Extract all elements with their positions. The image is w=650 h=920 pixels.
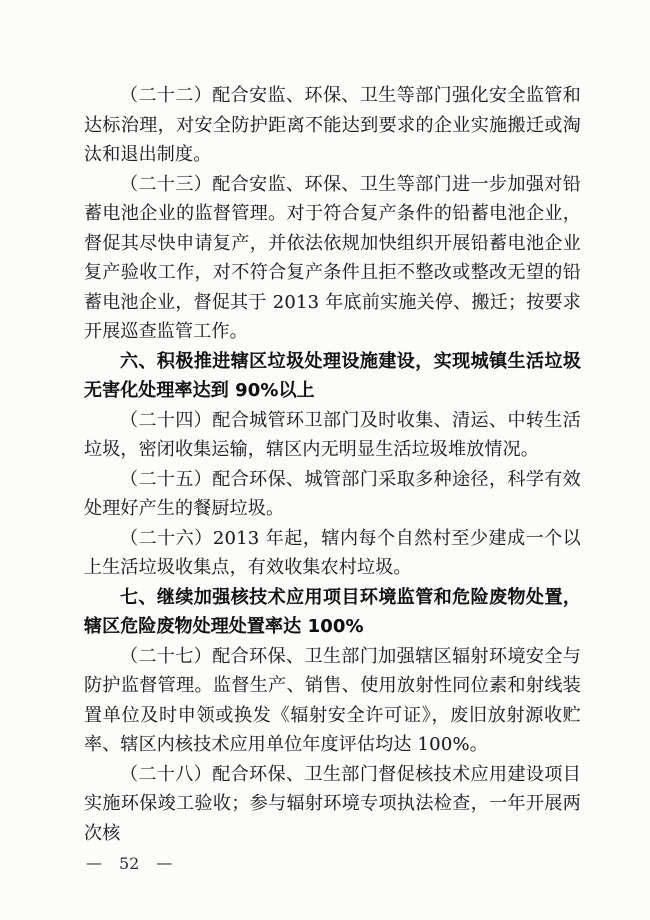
footer-left-dash: — xyxy=(86,853,102,872)
body-paragraph: （二十三）配合安监、环保、卫生等部门进一步加强对铅蓄电池企业的监督管理。对于符合… xyxy=(84,170,581,347)
page-number: 52 xyxy=(119,854,139,873)
section-heading: 七、继续加强核技术应用项目环境监管和危险废物处置，辖区危险废物处理处置率达 10… xyxy=(84,583,581,642)
scanned-document-page: （二十二）配合安监、环保、卫生等部门强化安全监管和达标治理，对安全防护距离不能达… xyxy=(0,0,650,920)
page-footer: — 52 — xyxy=(86,854,172,873)
body-paragraph: （二十七）配合环保、卫生部门加强辖区辐射环境安全与防护监督管理。监督生产、销售、… xyxy=(84,642,581,760)
document-body: （二十二）配合安监、环保、卫生等部门强化安全监管和达标治理，对安全防护距离不能达… xyxy=(84,81,581,848)
body-paragraph: （二十四）配合城管环卫部门及时收集、清运、中转生活垃圾，密闭收集运输，辖区内无明… xyxy=(84,406,581,465)
body-paragraph: （二十六）2013 年起，辖内每个自然村至少建成一个以上生活垃圾收集点，有效收集… xyxy=(84,524,581,583)
section-heading: 六、积极推进辖区垃圾处理设施建设，实现城镇生活垃圾无害化处理率达到 90%以上 xyxy=(84,347,581,406)
body-paragraph: （二十八）配合环保、卫生部门督促核技术应用建设项目实施环保竣工验收；参与辐射环境… xyxy=(84,760,581,849)
body-paragraph: （二十五）配合环保、城管部门采取多种途径，科学有效处理好产生的餐厨垃圾。 xyxy=(84,465,581,524)
footer-right-dash: — xyxy=(156,853,172,872)
body-paragraph: （二十二）配合安监、环保、卫生等部门强化安全监管和达标治理，对安全防护距离不能达… xyxy=(84,81,581,170)
